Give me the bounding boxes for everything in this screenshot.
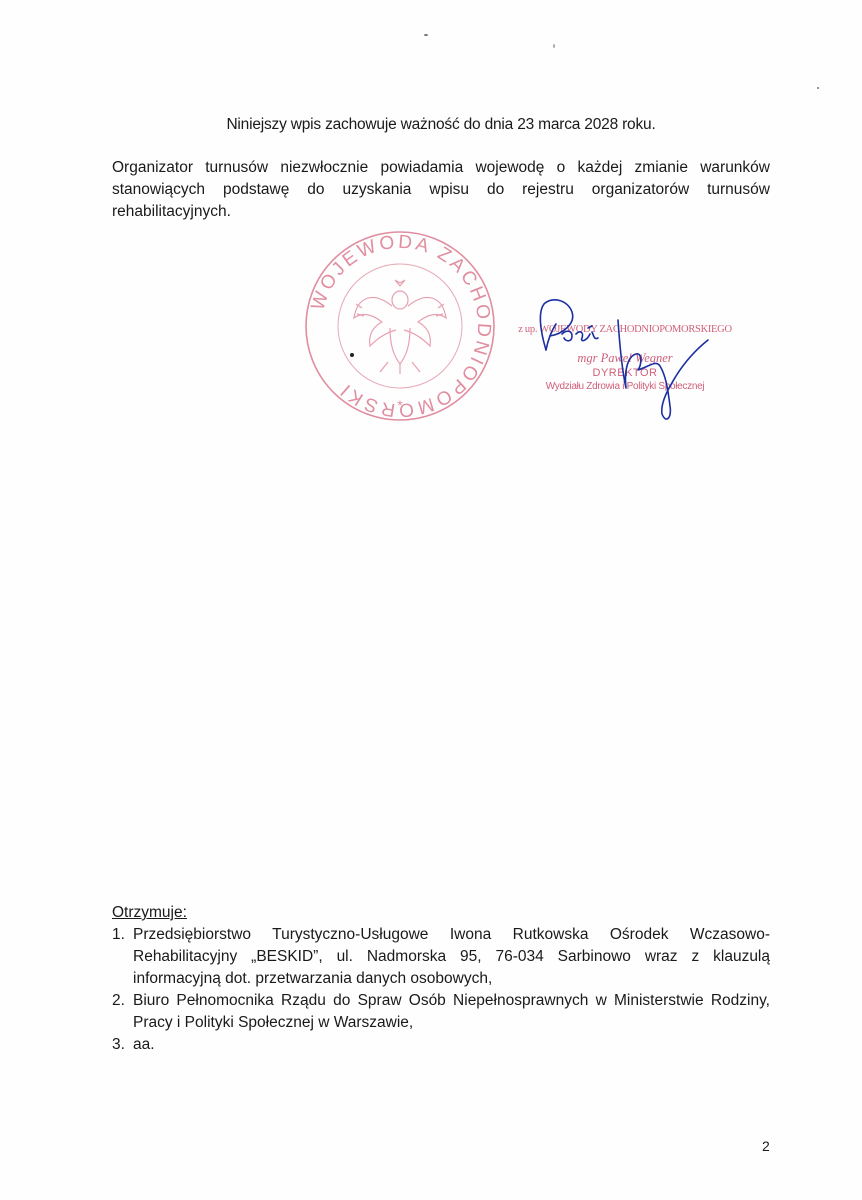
eagle-seal-icon: WOJEWODA ZACHODNIOPOMORSKI * <box>302 228 498 424</box>
official-seal: WOJEWODA ZACHODNIOPOMORSKI * <box>302 228 498 424</box>
recipient-text: Biuro Pełnomocnika Rządu do Spraw Osób N… <box>133 990 770 1034</box>
svg-text:WOJEWODA ZACHODNIOPOMORSKI: WOJEWODA ZACHODNIOPOMORSKI <box>308 232 495 421</box>
scan-speck <box>424 34 428 36</box>
recipient-number: 1. <box>112 924 133 990</box>
svg-text:*: * <box>397 397 403 413</box>
recipients-list: 1. Przedsiębiorstwo Turystyczno-Usługowe… <box>112 924 770 1056</box>
scan-speck <box>817 87 819 89</box>
recipients-heading: Otrzymuje: <box>112 902 770 924</box>
recipient-text: Przedsiębiorstwo Turystyczno-Usługowe Iw… <box>133 924 770 990</box>
document-page: Niniejszy wpis zachowuje ważność do dnia… <box>0 0 862 1200</box>
page-number: 2 <box>762 1138 770 1154</box>
recipient-text: aa. <box>133 1034 770 1056</box>
organizer-obligation-paragraph: Organizator turnusów niezwłocznie powiad… <box>112 157 770 223</box>
scan-speck <box>553 44 555 48</box>
recipient-number: 3. <box>112 1034 133 1056</box>
validity-notice: Niniejszy wpis zachowuje ważność do dnia… <box>112 116 770 134</box>
handwritten-signature-icon <box>510 290 740 430</box>
recipient-item: 1. Przedsiębiorstwo Turystyczno-Usługowe… <box>112 924 770 990</box>
signature-block: z up. WOJEWODY ZACHODNIOPOMORSKIEGO mgr … <box>510 290 740 430</box>
recipient-item: 3. aa. <box>112 1034 770 1056</box>
recipients-section: Otrzymuje: 1. Przedsiębiorstwo Turystycz… <box>112 902 770 1056</box>
recipient-number: 2. <box>112 990 133 1034</box>
recipient-item: 2. Biuro Pełnomocnika Rządu do Spraw Osó… <box>112 990 770 1034</box>
